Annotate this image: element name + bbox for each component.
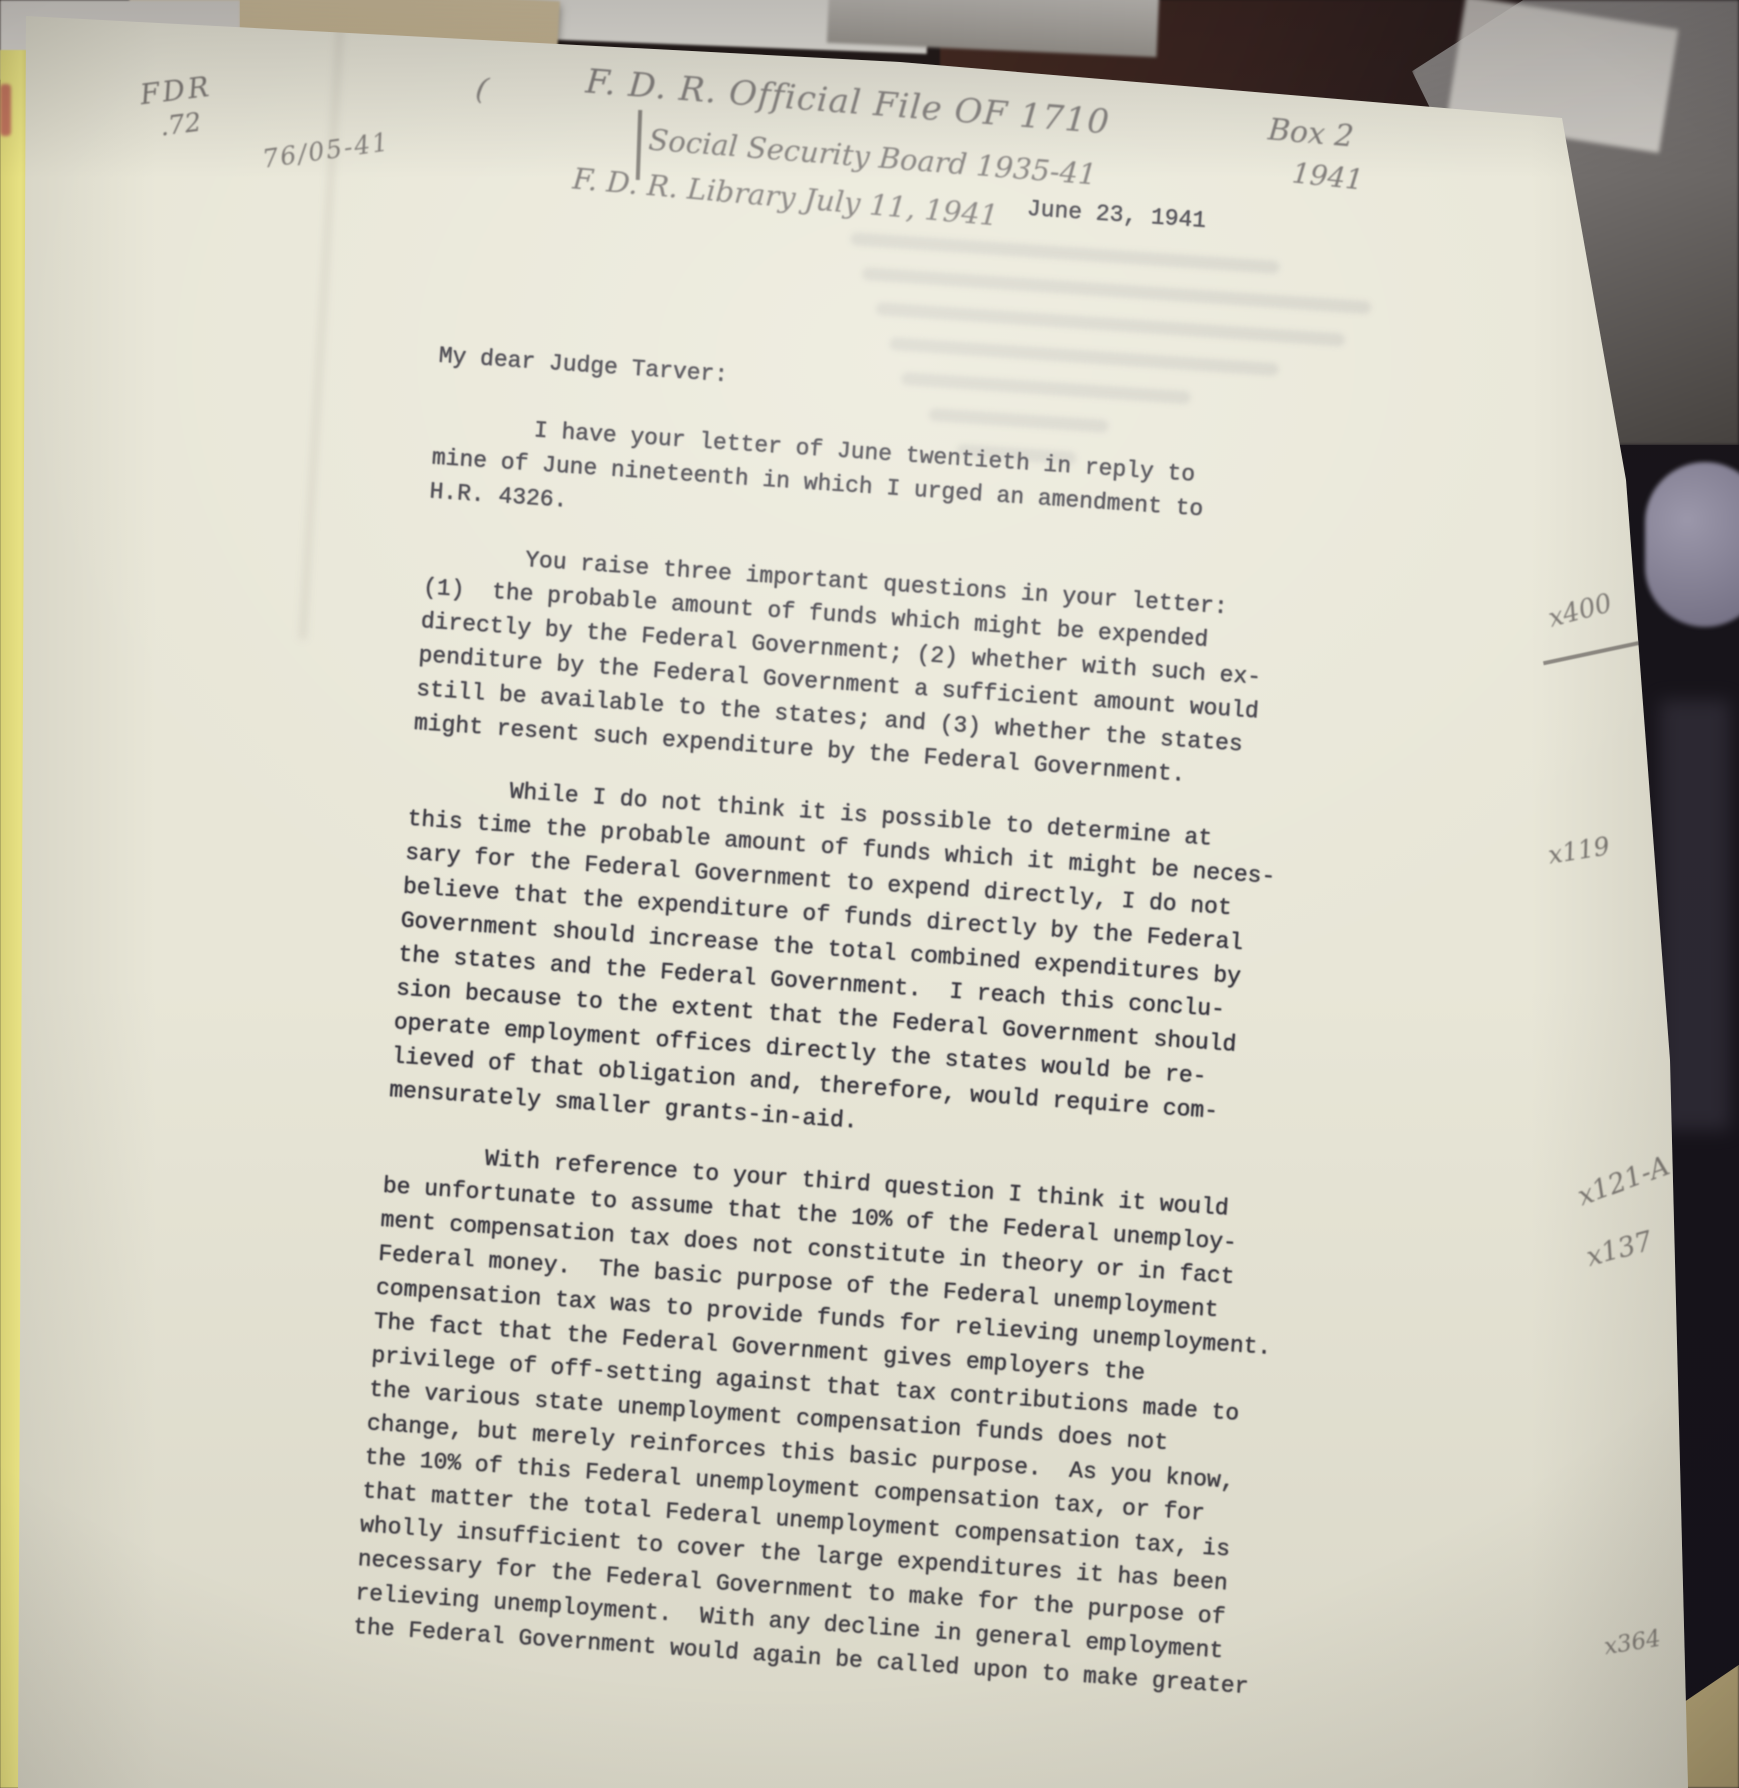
archive-photo: June 23, 1941 My dear Judge Tarver: I ha… [0, 0, 1739, 1788]
archival-note-box: Box 2 [1267, 112, 1355, 154]
paragraph-2: You raise three important questions in y… [413, 536, 1385, 804]
margin-mark-x137: x137 [1583, 1226, 1656, 1273]
margin-mark-underline [1543, 635, 1669, 666]
pencil-tick-mark: ( [473, 71, 491, 108]
pencil-stamp-fdr: FDR [138, 70, 213, 112]
finger-tab-shape [1645, 462, 1739, 627]
paragraph-4: With reference to your third question I … [352, 1135, 1344, 1708]
shadow-streak [1660, 700, 1730, 1130]
margin-mark-x364: x364 [1602, 1626, 1662, 1661]
paragraph-3: While I do not think it is possible to d… [388, 768, 1369, 1172]
margin-mark-x119: x119 [1546, 831, 1612, 869]
typed-text-block: June 23, 1941 My dear Judge Tarver: I ha… [242, 140, 1492, 1742]
margin-mark-x400: x400 [1545, 588, 1615, 634]
pencil-stamp-number: .72 [158, 108, 203, 143]
red-tab-mark [0, 84, 11, 136]
letter-page: June 23, 1941 My dear Judge Tarver: I ha… [0, 0, 1739, 1788]
margin-mark-x121a: x121-A [1574, 1151, 1674, 1213]
archival-note-year: 1941 [1290, 156, 1364, 196]
